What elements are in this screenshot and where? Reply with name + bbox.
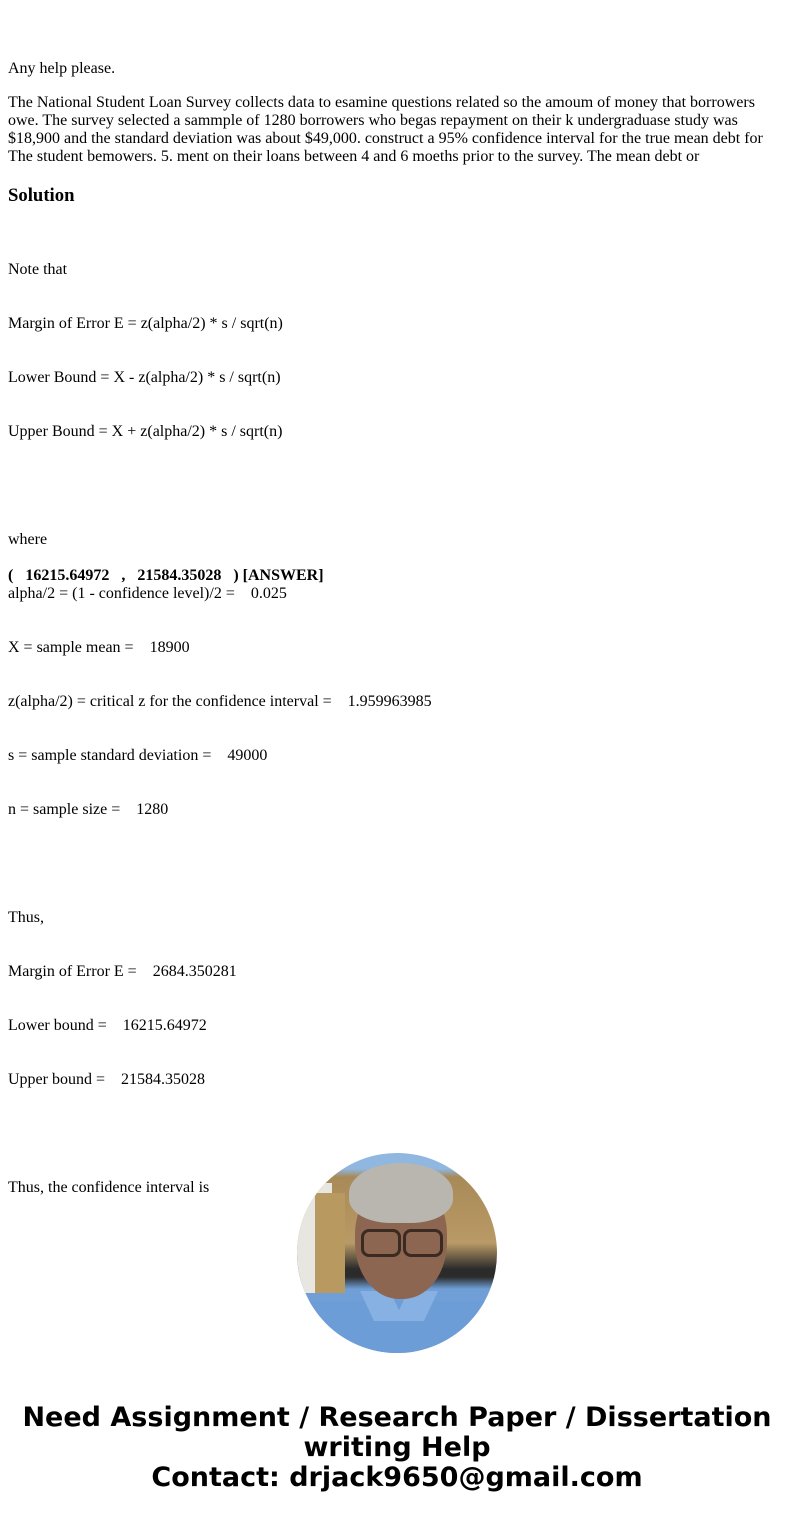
solution-line: Lower Bound = X - z(alpha/2) * s / sqrt(… — [8, 369, 432, 387]
solution-line-blank — [8, 1125, 432, 1143]
solution-line: Note that — [8, 261, 432, 279]
solution-line: Lower bound = 16215.64972 — [8, 1017, 432, 1035]
solution-heading: Solution — [8, 185, 74, 207]
solution-line-blank — [8, 855, 432, 873]
promo-line-1: Need Assignment / Research Paper / Disse… — [0, 1403, 794, 1433]
solution-line: X = sample mean = 18900 — [8, 639, 432, 657]
hair — [349, 1163, 453, 1223]
solution-line: where — [8, 531, 432, 549]
solution-line: alpha/2 = (1 - confidence level)/2 = 0.0… — [8, 585, 432, 603]
solution-line-blank — [8, 477, 432, 495]
solution-line: Thus, — [8, 909, 432, 927]
background-panel — [315, 1193, 345, 1293]
solution-line: s = sample standard deviation = 49000 — [8, 747, 432, 765]
solution-line: Upper bound = 21584.35028 — [8, 1071, 432, 1089]
author-avatar — [297, 1153, 497, 1353]
question-text: The National Student Loan Survey collect… — [8, 94, 778, 166]
glasses-icon — [403, 1229, 443, 1257]
question-intro: Any help please. — [8, 60, 115, 78]
solution-line: Upper Bound = X + z(alpha/2) * s / sqrt(… — [8, 423, 432, 441]
promo-banner: Need Assignment / Research Paper / Disse… — [0, 1403, 794, 1493]
solution-line: Margin of Error E = 2684.350281 — [8, 963, 432, 981]
solution-body: Note that Margin of Error E = z(alpha/2)… — [8, 225, 432, 1233]
solution-line: Margin of Error E = z(alpha/2) * s / sqr… — [8, 315, 432, 333]
answer: ( 16215.64972 , 21584.35028 ) [ANSWER] — [8, 567, 324, 585]
promo-line-2: writing Help — [0, 1433, 794, 1463]
glasses-icon — [361, 1229, 401, 1257]
promo-contact: Contact: drjack9650@gmail.com — [0, 1463, 794, 1493]
solution-line: n = sample size = 1280 — [8, 801, 432, 819]
solution-line: z(alpha/2) = critical z for the confiden… — [8, 693, 432, 711]
